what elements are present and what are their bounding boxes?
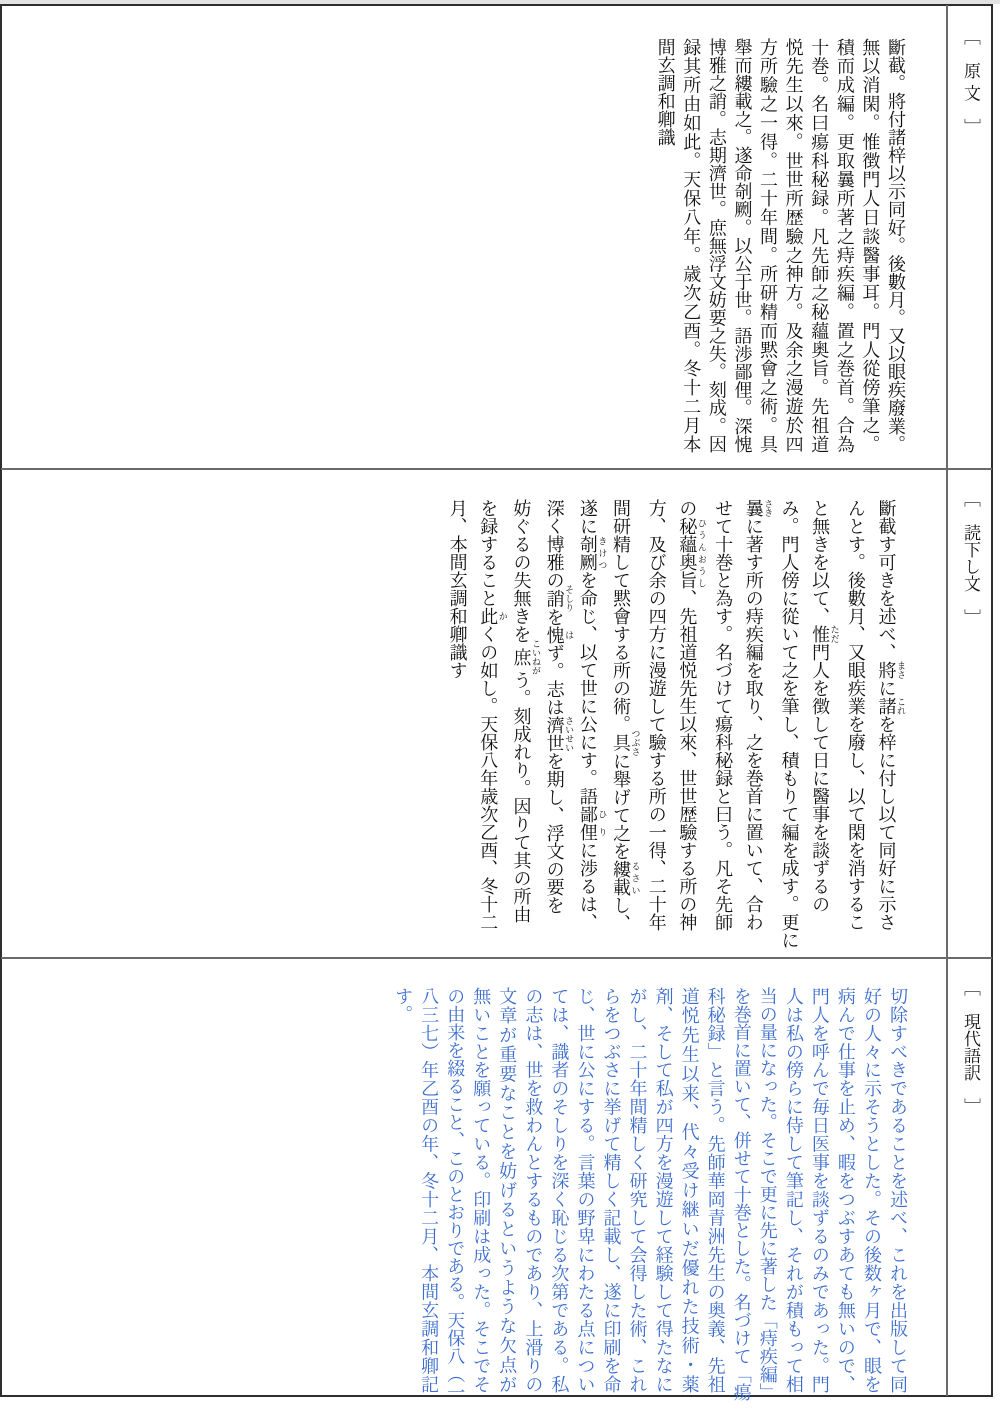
- modern-translation-body: 切除すべきであることを述べ、これを出版して同 好の人々に示そうとした。その後数ヶ…: [0, 987, 910, 1393]
- kundoku-text: くの如し。天保八年歳次乙酉、冬十二: [477, 625, 498, 931]
- kundoku-text: せて十巻と為す。名づけて瘍科秘録と曰う。凡そ先師: [712, 499, 733, 931]
- modern-column-3: 病んで仕事を止め、暇をつぶすあても無いので、: [832, 987, 858, 1393]
- kundoku-column-4: み。門人傍に從いて之を筆し、積もりて編を成す。更に: [772, 499, 805, 949]
- original-column-7: 舉而縷載之。遂命剞劂。以公于世。語渉鄙俚。深愧: [729, 38, 755, 453]
- row-divider-2: [1, 957, 992, 959]
- kundoku-column-9: 間研精して黙會する所の術。具つぶさに舉げて之を縷載るさいし、: [606, 499, 639, 949]
- ruby-base: 惟: [809, 625, 830, 643]
- section-label-kundoku: ［ 読下し文 ］: [948, 490, 991, 626]
- section-label-original: ［ 原 文 ］: [948, 28, 991, 135]
- modern-column-4: 門人を呼んで毎日医事を談ずるのみであった。門: [806, 987, 832, 1393]
- original-column-3: 積而成編。更取曩所著之痔疾編。置之巻首。合為: [831, 38, 857, 453]
- ruby-word: 將まさ: [876, 661, 897, 679]
- kundoku-column-11: 深く博雅の誚そしりを愧はず。志は濟世さいせいを期し、浮文の要を: [540, 499, 573, 949]
- modern-column-11: がし、二十年間精しく研究して会得した術、これ: [623, 987, 649, 1393]
- kundoku-column-7: の秘蘊奥旨ひうんおうし、先祖道悦先生以來、世世歴驗する所の神: [673, 499, 706, 949]
- ruby-word: 秘蘊奥旨ひうんおうし: [676, 517, 697, 589]
- kundoku-column-6: せて十巻と為す。名づけて瘍科秘録と曰う。凡そ先師: [706, 499, 739, 949]
- original-column-8: 博雅之誚。志期濟世。庶無浮文妨要之失。刻成。因: [703, 38, 729, 453]
- modern-column-7: を巻首に置いて、併せて十巻とした。名づけて「瘍: [728, 987, 754, 1393]
- kundoku-text: に著す所の痔疾編を取り、之を巻首に置いて、合わ: [743, 517, 764, 931]
- ruby-reading: るさい: [630, 860, 640, 896]
- modern-column-17: 無いことを願っている。印刷は成った。そこでそ: [467, 987, 493, 1393]
- kundoku-text: 、先祖道悦先生以來、世世歴驗する所の神: [676, 589, 697, 931]
- ruby-word: 此か: [477, 607, 498, 625]
- ruby-base: 剞劂: [577, 535, 598, 571]
- kundoku-text: を梓に付し以て同好に示さ: [876, 715, 897, 931]
- kundoku-text: んとす。後數月、又眼疾業を廢し、以て閑を消するこ: [845, 499, 866, 931]
- kundoku-text: 方、及び余の四方に漫遊して驗する所の一得、二十年: [646, 499, 667, 931]
- modern-column-20: す。: [389, 987, 415, 1393]
- kundoku-text: 門人を徴して日に醫事を談ずるの: [809, 643, 830, 913]
- modern-column-5: 人は私の傍らに侍して筆記し、それが積もって相: [780, 987, 806, 1393]
- ruby-reading: ひうんおうし: [696, 517, 706, 589]
- modern-column-16: 文章が重要なことを妨げるというような欠点が: [493, 987, 519, 1393]
- kundoku-text: 月、本間玄調和卿識す: [447, 499, 468, 679]
- ruby-reading: これ: [895, 697, 905, 715]
- ruby-word: 愧は: [544, 626, 565, 644]
- original-column-5: 悦先生以來。世世所歴驗之神方。及余之漫遊於四: [780, 38, 806, 453]
- kundoku-column-13: を録すること此かくの如し。天保八年歳次乙酉、冬十二: [474, 499, 507, 949]
- kundoku-column-10: 遂に剞劂きけつを命じ、以て世に公にす。語鄙俚ひりに渉るは、: [573, 499, 606, 949]
- ruby-base: 諸: [876, 697, 897, 715]
- modern-column-1: 切除すべきであることを述べ、これを出版して同: [884, 987, 910, 1393]
- ruby-reading: まさ: [895, 661, 905, 679]
- ruby-base: 濟世: [544, 716, 565, 752]
- kundoku-column-2: んとす。後數月、又眼疾業を廢し、以て閑を消するこ: [839, 499, 872, 949]
- kundoku-column-1: 斷截す可きを述べ、將まさに諸これを梓に付し以て同好に示さ: [872, 499, 905, 949]
- ruby-word: 剞劂きけつ: [577, 535, 598, 571]
- original-column-6: 方所驗之一得。二十年間。所研精而黙會之術。具: [754, 38, 780, 453]
- original-column-9: 録其所由如此。天保八年。歳次乙酉。冬十二月本: [678, 38, 704, 453]
- ruby-base: 秘蘊奥旨: [676, 517, 697, 589]
- original-column-10: 間玄調和卿識: [652, 38, 678, 453]
- kundoku-text: を期し、浮文の要を: [544, 752, 565, 914]
- kundoku-text: み。門人傍に從いて之を筆し、積もりて編を成す。更に: [778, 499, 799, 949]
- ruby-base: 將: [876, 661, 897, 679]
- kundoku-text: 斷截す可きを述べ、: [876, 499, 897, 661]
- ruby-word: 庶こいねが: [510, 643, 531, 671]
- ruby-word: 曩さき: [743, 499, 764, 517]
- kundoku-text: 深く博雅の: [544, 499, 565, 589]
- modern-column-18: の由来を綴ること、このとおりである。天保八（一: [441, 987, 467, 1393]
- ruby-base: 庶: [510, 639, 531, 675]
- modern-column-19: 八三七）年乙酉の年、冬十二月、本間玄調和卿記: [415, 987, 441, 1393]
- kundoku-text: に舉げて之を: [610, 752, 631, 860]
- modern-column-10: 剤、そして私が四方を漫遊して経験して得たなに: [650, 987, 676, 1393]
- kundoku-text: と無きを以て、: [809, 499, 830, 625]
- kundoku-text: ず。志は: [544, 644, 565, 716]
- ruby-base: 此: [477, 607, 498, 625]
- modern-column-15: の志は、世を救わんとするものであり、上滑りの: [519, 987, 545, 1393]
- ruby-word: 縷載るさい: [610, 860, 631, 896]
- kundoku-text: 遂に: [577, 499, 598, 535]
- ruby-word: 諸これ: [876, 697, 897, 715]
- kundoku-column-12: 妨ぐるの失無きを庶こいねがう。刻成れり。因りて其の所由: [507, 499, 540, 949]
- section-label-modern: ［ 現代語訳 ］: [948, 979, 991, 1115]
- ruby-reading: つぶさ: [630, 729, 640, 756]
- ruby-word: 鄙俚ひり: [577, 805, 598, 841]
- kundoku-text: に: [876, 679, 897, 697]
- kundoku-text: を命じ、以て世に公にす。語: [577, 571, 598, 805]
- kundoku-text: う。刻成れり。因りて其の所由: [510, 671, 531, 923]
- original-column-1: 斷截。將付諸梓以示同好。後數月。又以眼疾廢業。: [882, 38, 908, 453]
- kundoku-text: の: [676, 499, 697, 517]
- ruby-reading: ただ: [829, 625, 839, 643]
- kundoku-text: に渉るは、: [577, 841, 598, 931]
- original-column-2: 無以消閑。惟徴門人日談醫事耳。門人從傍筆之。: [857, 38, 883, 453]
- modern-column-2: 好の人々に示そうとした。その後数ヶ月で、眼を: [858, 987, 884, 1393]
- modern-column-6: 当の量になった。そこで更に先に著した「痔疾編」: [754, 987, 780, 1393]
- ruby-base: 鄙俚: [577, 805, 598, 841]
- kundoku-text: し、: [610, 896, 631, 932]
- kundoku-column-3: と無きを以て、惟ただ門人を徴して日に醫事を談ずるの: [805, 499, 838, 949]
- modern-column-12: らをつぶさに挙げて精しく記載し、遂に印刷を命: [597, 987, 623, 1393]
- ruby-word: 誚そしり: [544, 589, 565, 608]
- ruby-word: 濟世さいせい: [544, 716, 565, 752]
- kundoku-text-body: 斷截す可きを述べ、將まさに諸これを梓に付し以て同好に示さ んとす。後數月、又眼疾…: [0, 499, 905, 949]
- modern-column-14: ては、識者のそしりを深く恥じる次第である。私: [545, 987, 571, 1393]
- original-column-4: 十巻。名曰瘍科秘録。凡先師之秘蘊奥旨。先祖道: [806, 38, 832, 453]
- modern-column-9: 道悦先生以来、代々受け継いだ優れた技術・薬: [676, 987, 702, 1393]
- modern-column-13: じ、世に公にする。言葉の野卑にわたる点につい: [571, 987, 597, 1393]
- kundoku-text: 妨ぐるの失無きを: [510, 499, 531, 643]
- ruby-base: 縷載: [610, 860, 631, 896]
- kundoku-column-5: 曩さきに著す所の痔疾編を取り、之を巻首に置いて、合わ: [739, 499, 772, 949]
- ruby-word: 惟ただ: [809, 625, 830, 643]
- kundoku-column-14: 月、本間玄調和卿識す: [440, 499, 473, 949]
- row-divider-1: [1, 468, 992, 470]
- ruby-base: 愧: [544, 626, 565, 644]
- document-page: ［ 原 文 ］ 斷截。將付諸梓以示同好。後數月。又以眼疾廢業。 無以消閑。惟徴門…: [0, 0, 1000, 1415]
- modern-column-8: 科秘録」と言う。先師華岡青洲先生の奥義、先祖: [702, 987, 728, 1393]
- original-text-body: 斷截。將付諸梓以示同好。後數月。又以眼疾廢業。 無以消閑。惟徴門人日談醫事耳。門…: [0, 38, 908, 453]
- kundoku-text: を: [544, 608, 565, 626]
- label-column-divider: [946, 5, 948, 1396]
- ruby-base: 曩: [743, 499, 764, 517]
- kundoku-column-8: 方、及び余の四方に漫遊して驗する所の一得、二十年: [640, 499, 673, 949]
- kundoku-text: を録すること: [477, 499, 498, 607]
- ruby-word: 具つぶさ: [610, 733, 631, 752]
- kundoku-text: 間研精して黙會する所の術。: [610, 499, 631, 733]
- ruby-reading: さき: [762, 499, 772, 517]
